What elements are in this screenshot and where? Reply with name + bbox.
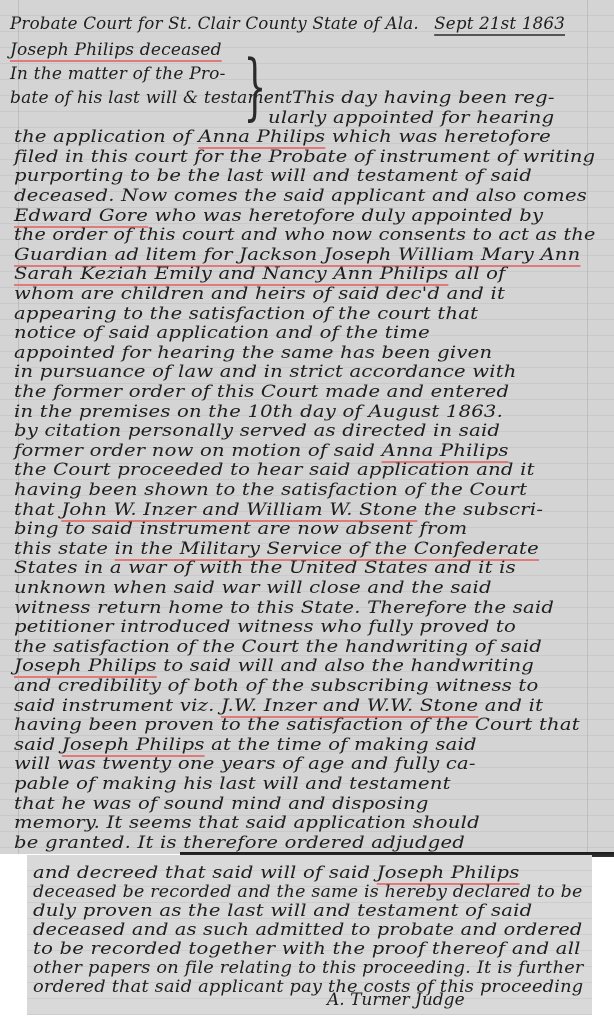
text-line: and decreed that said will of said Josep… [33,863,520,883]
line-text: the subscri- [417,500,543,520]
line-text: all of [448,264,505,284]
text-line: in the premises on the 10th day of Augus… [14,402,503,422]
line-text: to be recorded together with the proof t… [33,939,581,959]
judge-signature: A. Turner Judge [327,990,465,1010]
underlined-name: Anna Philips [198,127,325,147]
line-text: former order now on motion of said [14,441,382,461]
line-text: purporting to be the last will and testa… [14,166,532,186]
line-text: will was twenty one years of age and ful… [14,754,476,774]
underlined-name: Joseph Philips [14,656,157,676]
line-text: notice of said application and of the ti… [14,323,430,343]
underlined-name: Sarah Keziah Emily and Nancy Ann Philips [14,264,448,284]
line-text: and decreed that said will of said [33,863,377,883]
line-text: bing to said instrument are now absent f… [14,519,467,539]
text-line: ordered that said applicant pay the cost… [33,977,583,997]
text-line: bing to said instrument are now absent f… [14,519,467,539]
line-text: This day having been reg- [292,88,555,108]
text-line: appearing to the satisfaction of the cou… [14,304,478,324]
text-line: having been proven to the satisfaction o… [14,715,580,735]
line-text: said instrument viz. [14,696,221,716]
underlined-name: John W. Inzer and William W. Stone [61,500,417,520]
text-line: former order now on motion of said Anna … [14,441,509,461]
text-line: Edward Gore who was heretofore duly appo… [14,206,543,226]
matter-line-1: In the matter of the Pro- [10,64,226,84]
text-line: appointed for hearing the same has been … [14,343,492,363]
document-page-top: Probate Court for St. Clair County State… [0,0,614,854]
line-text: ularly appointed for hearing [268,108,554,128]
line-text: ordered that said applicant pay the cost… [33,977,583,997]
text-line: said instrument viz. J.W. Inzer and W.W.… [14,696,543,716]
line-text: whom are children and heirs of said dec'… [14,284,505,304]
line-text: to said will and also the handwriting [157,656,534,676]
text-line: This day having been reg- [292,88,555,108]
line-text: which was heretofore [325,127,551,147]
line-text: the Court proceeded to hear said applica… [14,460,535,480]
text-line: Joseph Philips to said will and also the… [14,656,534,676]
line-text: having been shown to the satisfaction of… [14,480,527,500]
underlined-name: Joseph Philips [377,863,520,883]
case-name-line: Joseph Philips deceased [10,40,222,60]
text-line: the order of this court and who now cons… [14,225,596,245]
text-line: States in a war of with the United State… [14,558,516,578]
text-line: notice of said application and of the ti… [14,323,430,343]
text-line: to be recorded together with the proof t… [33,939,581,959]
text-line: deceased. Now comes the said applicant a… [14,186,587,206]
line-text: filed in this court for the Probate of i… [14,147,595,167]
line-text: petitioner introduced witness who fully … [14,617,516,637]
text-line: pable of making his last will and testam… [14,774,451,794]
line-text: this state [14,539,115,559]
line-text: other papers on file relating to this pr… [33,958,584,978]
text-line: said Joseph Philips at the time of makin… [14,735,477,755]
court-line: Probate Court for St. Clair County State… [10,14,419,34]
underlined-name: in the Military Service of the Confedera… [115,539,539,559]
document-page-bottom: and decreed that said will of said Josep… [27,855,592,1015]
line-text: and credibility of both of the subscribi… [14,676,539,696]
line-text: the application of [14,127,198,147]
text-line: the former order of this Court made and … [14,382,509,402]
line-text: be granted. It is therefore ordered adju… [14,833,465,853]
text-line: duly proven as the last will and testame… [33,901,532,921]
text-line: the satisfaction of the Court the handwr… [14,637,542,657]
line-text: unknown when said war will close and the… [14,578,492,598]
line-text: said [14,735,62,755]
text-line: Sarah Keziah Emily and Nancy Ann Philips… [14,264,506,284]
line-text: appearing to the satisfaction of the cou… [14,304,478,324]
text-line: will was twenty one years of age and ful… [14,754,476,774]
line-text: that he was of sound mind and disposing [14,794,429,814]
text-line: memory. It seems that said application s… [14,813,480,833]
line-text: appointed for hearing the same has been … [14,343,492,363]
text-line: deceased be recorded and the same is her… [33,882,582,902]
text-line: ularly appointed for hearing [268,108,554,128]
text-line: witness return home to this State. There… [14,598,554,618]
record-date: Sept 21st 1863 [434,14,565,34]
text-line: deceased and as such admitted to probate… [33,920,582,940]
court-header: Probate Court for St. Clair County State… [10,14,565,34]
text-line: having been shown to the satisfaction of… [14,480,527,500]
line-text: memory. It seems that said application s… [14,813,480,833]
bracket-mark: } [243,50,266,122]
case-name: Joseph Philips deceased [10,40,222,60]
line-text: the satisfaction of the Court the handwr… [14,637,542,657]
line-text: duly proven as the last will and testame… [33,901,532,921]
line-text: by citation personally served as directe… [14,421,500,441]
text-line: by citation personally served as directe… [14,421,500,441]
underlined-name: J.W. Inzer and W.W. Stone [221,696,478,716]
line-text: at the time of making said [205,735,477,755]
line-text: and it [478,696,543,716]
line-text: the order of this court and who now cons… [14,225,596,245]
line-text: deceased be recorded and the same is her… [33,882,582,902]
line-text: witness return home to this State. There… [14,598,554,618]
text-line: be granted. It is therefore ordered adju… [14,833,465,853]
text-line: Guardian ad litem for Jackson Joseph Wil… [14,245,580,265]
text-line: the Court proceeded to hear said applica… [14,460,535,480]
text-line: unknown when said war will close and the… [14,578,492,598]
underlined-name: Joseph Philips [62,735,205,755]
text-line: that John W. Inzer and William W. Stone … [14,500,543,520]
line-text: having been proven to the satisfaction o… [14,715,580,735]
underlined-name: Edward Gore [14,206,148,226]
line-text: in the premises on the 10th day of Augus… [14,402,503,422]
underlined-name: Guardian ad litem for Jackson Joseph Wil… [14,245,580,265]
line-text: deceased and as such admitted to probate… [33,920,582,940]
text-line: the application of Anna Philips which wa… [14,127,551,147]
text-line: other papers on file relating to this pr… [33,958,584,978]
text-line: this state in the Military Service of th… [14,539,539,559]
text-line: in pursuance of law and in strict accord… [14,362,517,382]
line-text: in pursuance of law and in strict accord… [14,362,517,382]
text-line: whom are children and heirs of said dec'… [14,284,505,304]
line-text: who was heretofore duly appointed by [148,206,543,226]
text-line: filed in this court for the Probate of i… [14,147,595,167]
line-text: States in a war of with the United State… [14,558,516,578]
line-text: deceased. Now comes the said applicant a… [14,186,587,206]
text-line: purporting to be the last will and testa… [14,166,532,186]
line-text: the former order of this Court made and … [14,382,509,402]
text-line: and credibility of both of the subscribi… [14,676,539,696]
line-text: that [14,500,61,520]
line-text: pable of making his last will and testam… [14,774,451,794]
text-line: that he was of sound mind and disposing [14,794,429,814]
text-line: petitioner introduced witness who fully … [14,617,516,637]
underlined-name: Anna Philips [382,441,509,461]
